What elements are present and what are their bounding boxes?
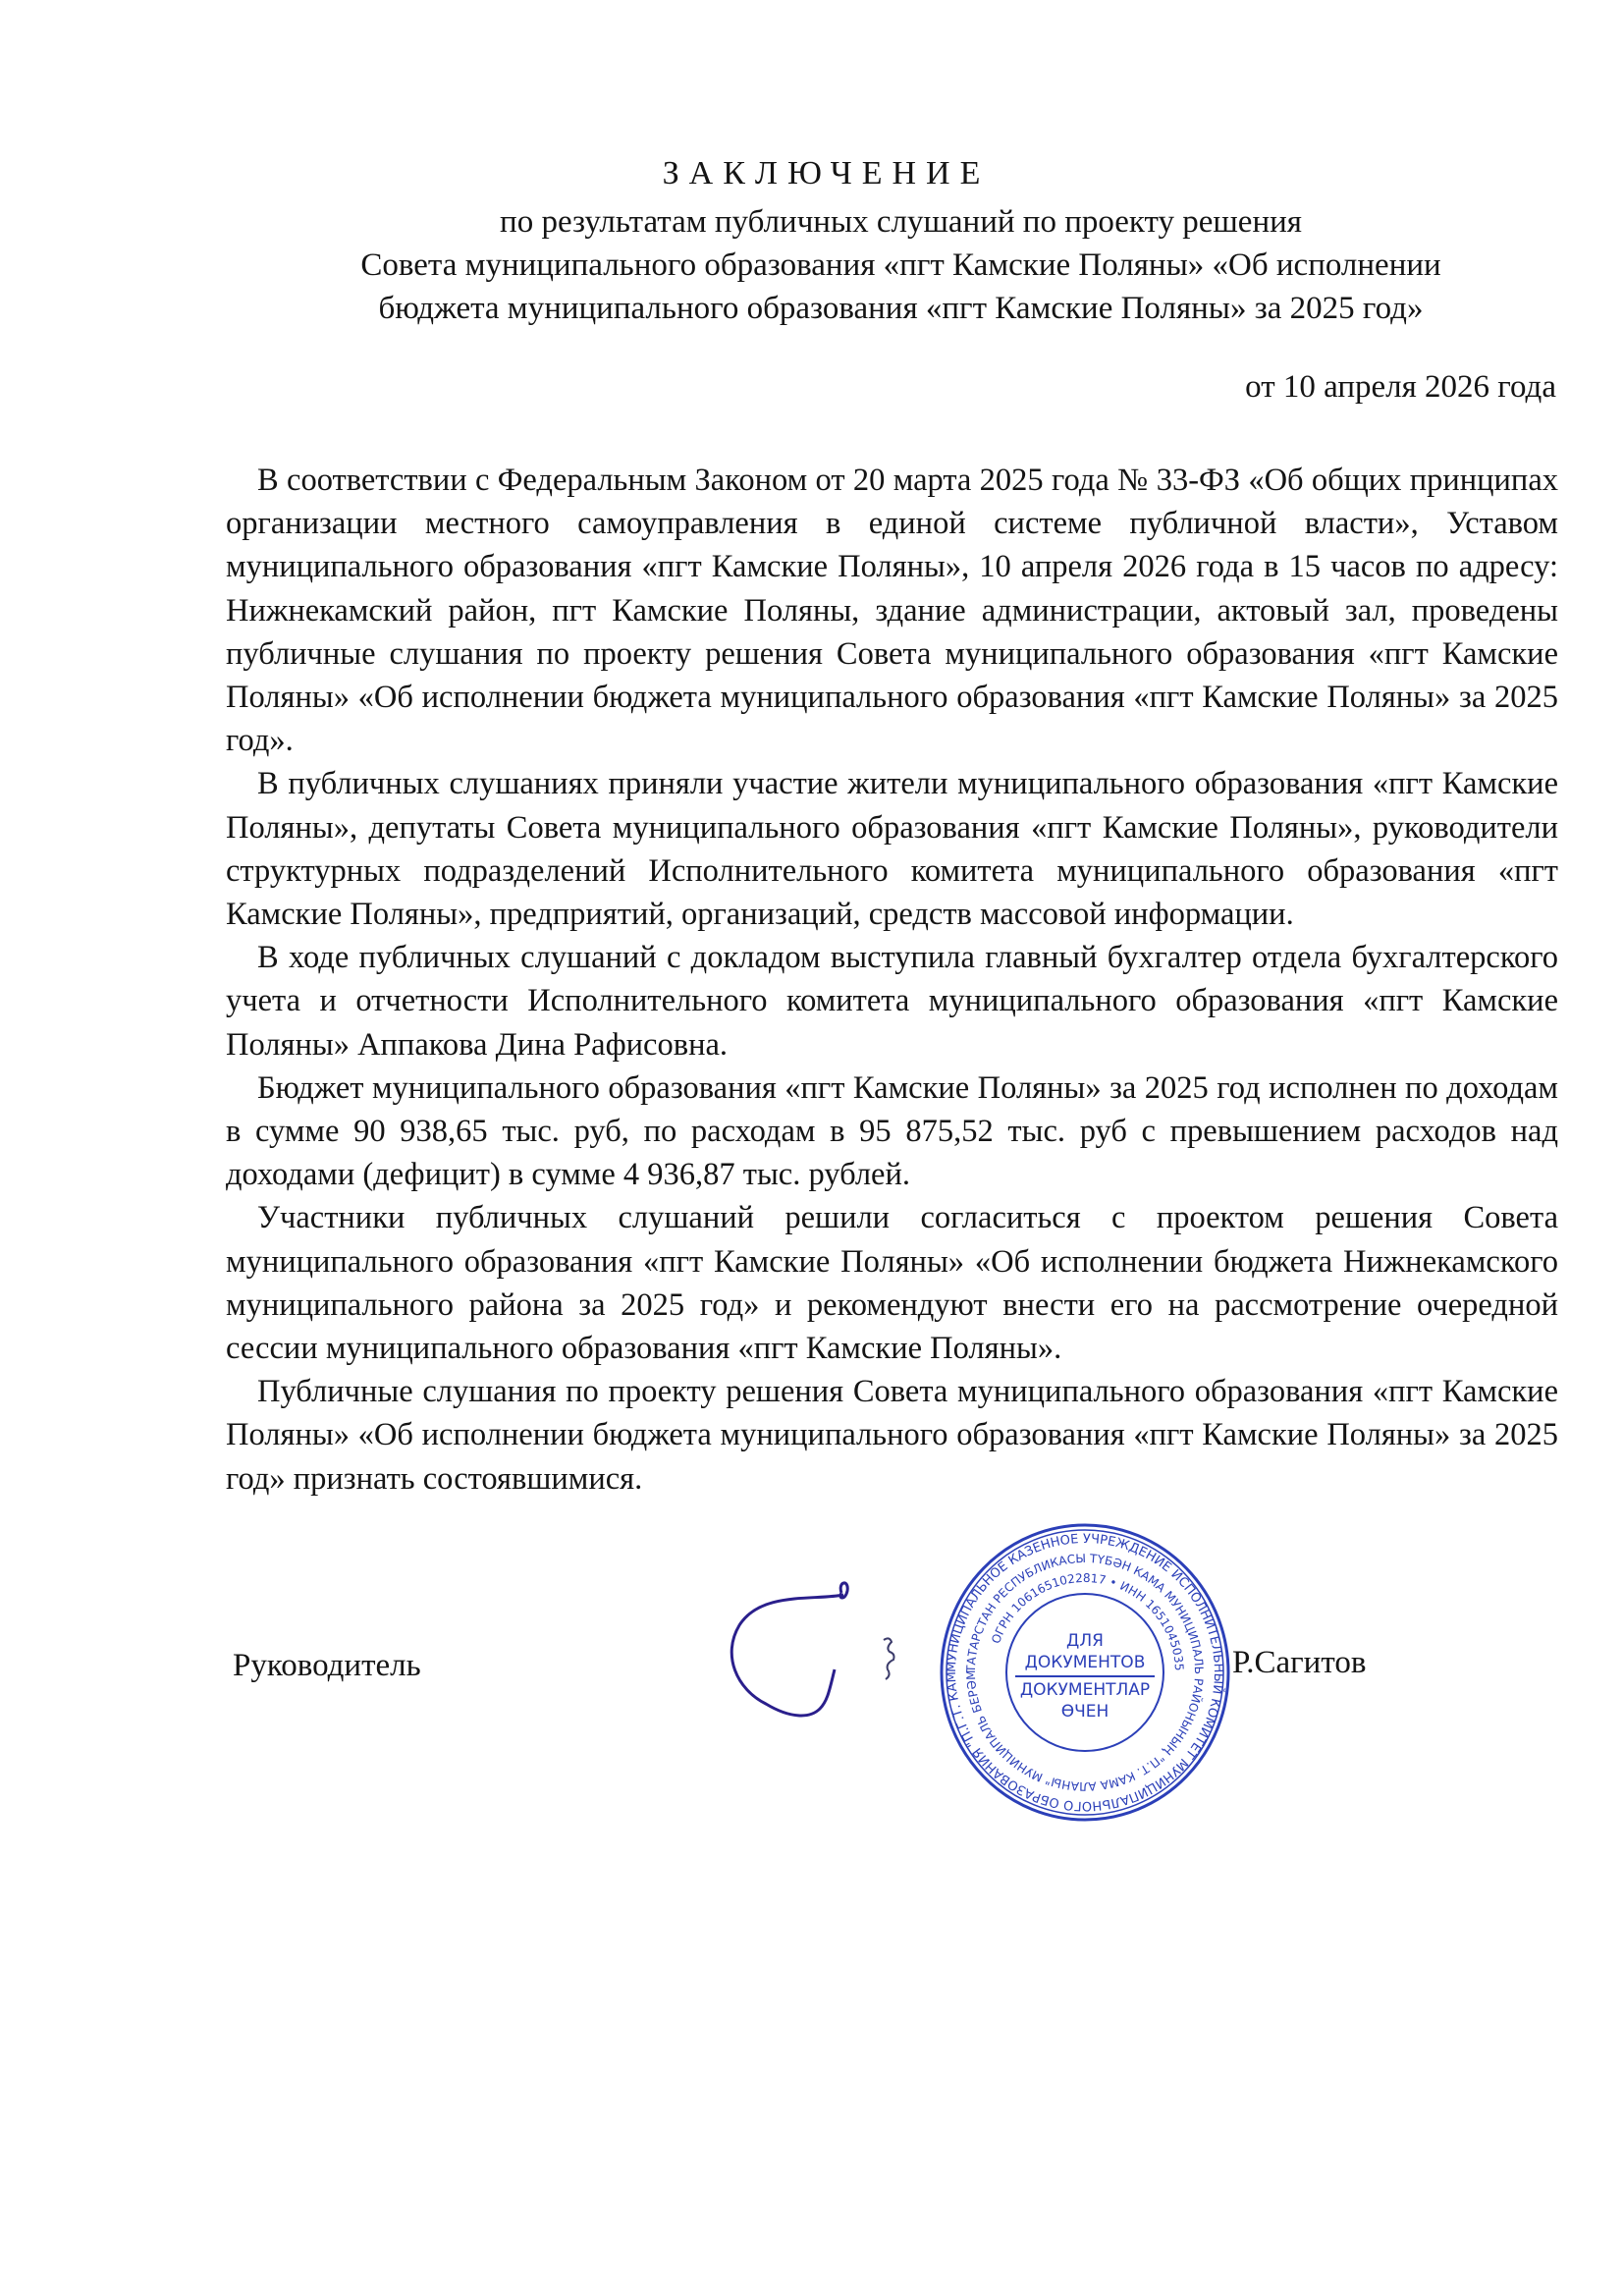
subtitle-line: Совета муниципального образования «пгт К… xyxy=(245,244,1556,287)
document-body: В соответствии с Федеральным Законом от … xyxy=(226,459,1558,1501)
signatory-role: Руководитель xyxy=(233,1648,421,1684)
stamp-center-line: ДЛЯ xyxy=(1011,1630,1159,1652)
subtitle-line: по результатам публичных слушаний по про… xyxy=(245,200,1556,244)
paragraph: В соответствии с Федеральным Законом от … xyxy=(226,459,1558,762)
handwritten-signature-icon xyxy=(722,1571,938,1738)
document-date: от 10 апреля 2026 года xyxy=(1245,369,1556,406)
stamp-divider xyxy=(1015,1675,1155,1677)
signatory-name: Р.Сагитов xyxy=(1232,1645,1366,1681)
document-subtitle: по результатам публичных слушаний по про… xyxy=(226,200,1556,330)
stamp-center-line: ДОКУМЕНТОВ xyxy=(1011,1652,1159,1673)
stamp-center-line: ӨЧЕН xyxy=(1011,1701,1159,1722)
paragraph: В ходе публичных слушаний с докладом выс… xyxy=(226,936,1558,1066)
document-page: ЗАКЛЮЧЕНИЕ по результатам публичных слуш… xyxy=(0,0,1623,2296)
paragraph: Бюджет муниципального образования «пгт К… xyxy=(226,1066,1558,1197)
subtitle-line: бюджета муниципального образования «пгт … xyxy=(245,287,1556,330)
paragraph: Публичные слушания по проекту решения Со… xyxy=(226,1370,1558,1501)
stamp-center-line: ДОКУМЕНТЛАР xyxy=(1011,1679,1159,1701)
document-title: ЗАКЛЮЧЕНИЕ xyxy=(0,155,1623,192)
stamp-center: ДЛЯ ДОКУМЕНТОВ ДОКУМЕНТЛАР ӨЧЕН xyxy=(1011,1630,1159,1722)
paragraph: В публичных слушаниях приняли участие жи… xyxy=(226,762,1558,936)
paragraph: Участники публичных слушаний решили согл… xyxy=(226,1196,1558,1370)
